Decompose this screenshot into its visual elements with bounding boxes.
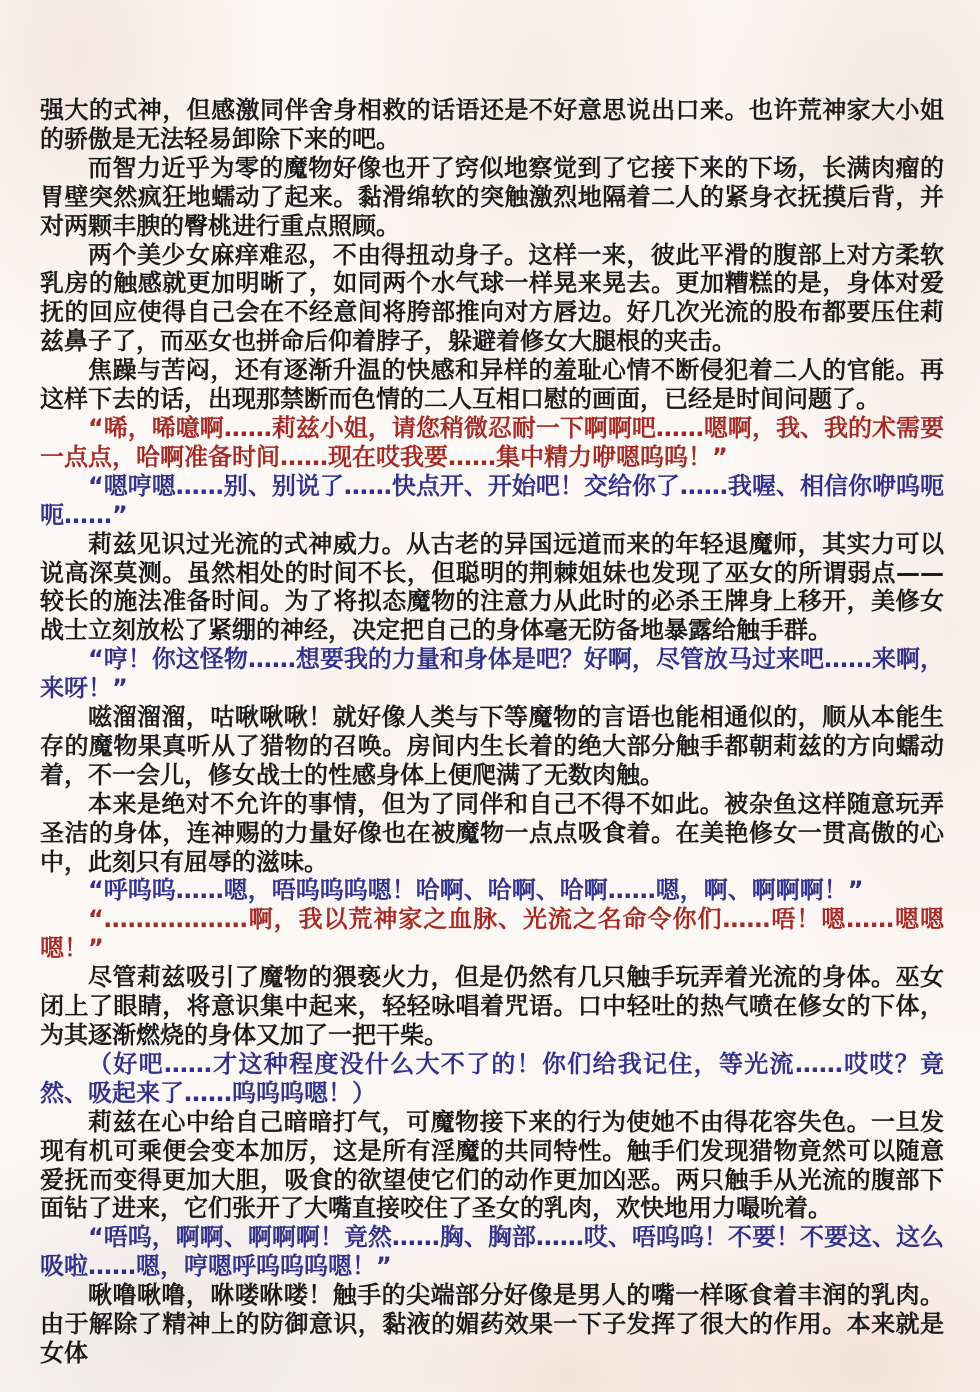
paragraph-narration: 两个美少女麻痒难忍，不由得扭动身子。这样一来，彼此平滑的腹部上对方柔软乳房的触感… [40,241,944,357]
paragraph-narration: 啾噜啾噜，咻喽咻喽！触手的尖端部分好像是男人的嘴一样啄食着丰润的乳肉。由于解除了… [40,1281,944,1368]
paragraph-narration: 本来是绝对不允许的事情，但为了同伴和自己不得不如此。被杂鱼这样随意玩弄圣洁的身体… [40,790,944,877]
paragraph-narration: 而智力近乎为零的魔物好像也开了窍似地察觉到了它接下来的下场，长满肉瘤的胃壁突然疯… [40,154,944,241]
paragraph-narration: 嗞溜溜溜，咕啾啾啾！就好像人类与下等魔物的言语也能相通似的，顺从本能生存的魔物果… [40,703,944,790]
paragraph-dialogue-blue: （好吧……才这种程度没什么大不了的！你们给我记住，等光流……哎哎？竟然、吸起来了… [40,1050,944,1108]
paragraph-narration: 尽管莉兹吸引了魔物的猥亵火力，但是仍然有几只触手玩弄着光流的身体。巫女闭上了眼睛… [40,963,944,1050]
paragraph-dialogue-blue: “哼！你这怪物……想要我的力量和身体是吧？好啊，尽管放马过来吧……来啊，来呀！” [40,645,944,703]
novel-page-text: 强大的式神，但感激同伴舍身相救的话语还是不好意思说出口来。也许荒神家大小姐的骄傲… [0,0,980,1392]
paragraph-dialogue-red: “………………啊，我以荒神家之血脉、光流之名命令你们……唔！嗯……嗯嗯嗯！” [40,905,944,963]
paragraph-narration: 焦躁与苦闷，还有逐渐升温的快感和异样的羞耻心情不断侵犯着二人的官能。再这样下去的… [40,356,944,414]
paragraph-dialogue-blue: “嗯哼嗯……别、别说了……快点开、开始吧！交给你了……我喔、相信你咿呜呃呃……” [40,472,944,530]
paragraph-dialogue-red: “唏，唏噫啊……莉兹小姐，请您稍微忍耐一下啊啊吧……嗯啊，我、我的术需要一点点，… [40,414,944,472]
paragraph-narration: 强大的式神，但感激同伴舍身相救的话语还是不好意思说出口来。也许荒神家大小姐的骄傲… [40,96,944,154]
paragraph-narration: 莉兹见识过光流的式神威力。从古老的异国远道而来的年轻退魔师，其实力可以说高深莫测… [40,530,944,646]
paragraph-narration: 莉兹在心中给自己暗暗打气，可魔物接下来的行为使她不由得花容失色。一旦发现有机可乘… [40,1108,944,1224]
paragraph-dialogue-blue: “呼呜呜……嗯，唔呜呜呜嗯！哈啊、哈啊、哈啊……嗯，啊、啊啊啊！” [40,876,944,905]
paragraph-dialogue-blue: “唔呜，啊啊、啊啊啊！竟然……胸、胸部……哎、唔呜呜！不要！不要这、这么吸啦……… [40,1223,944,1281]
